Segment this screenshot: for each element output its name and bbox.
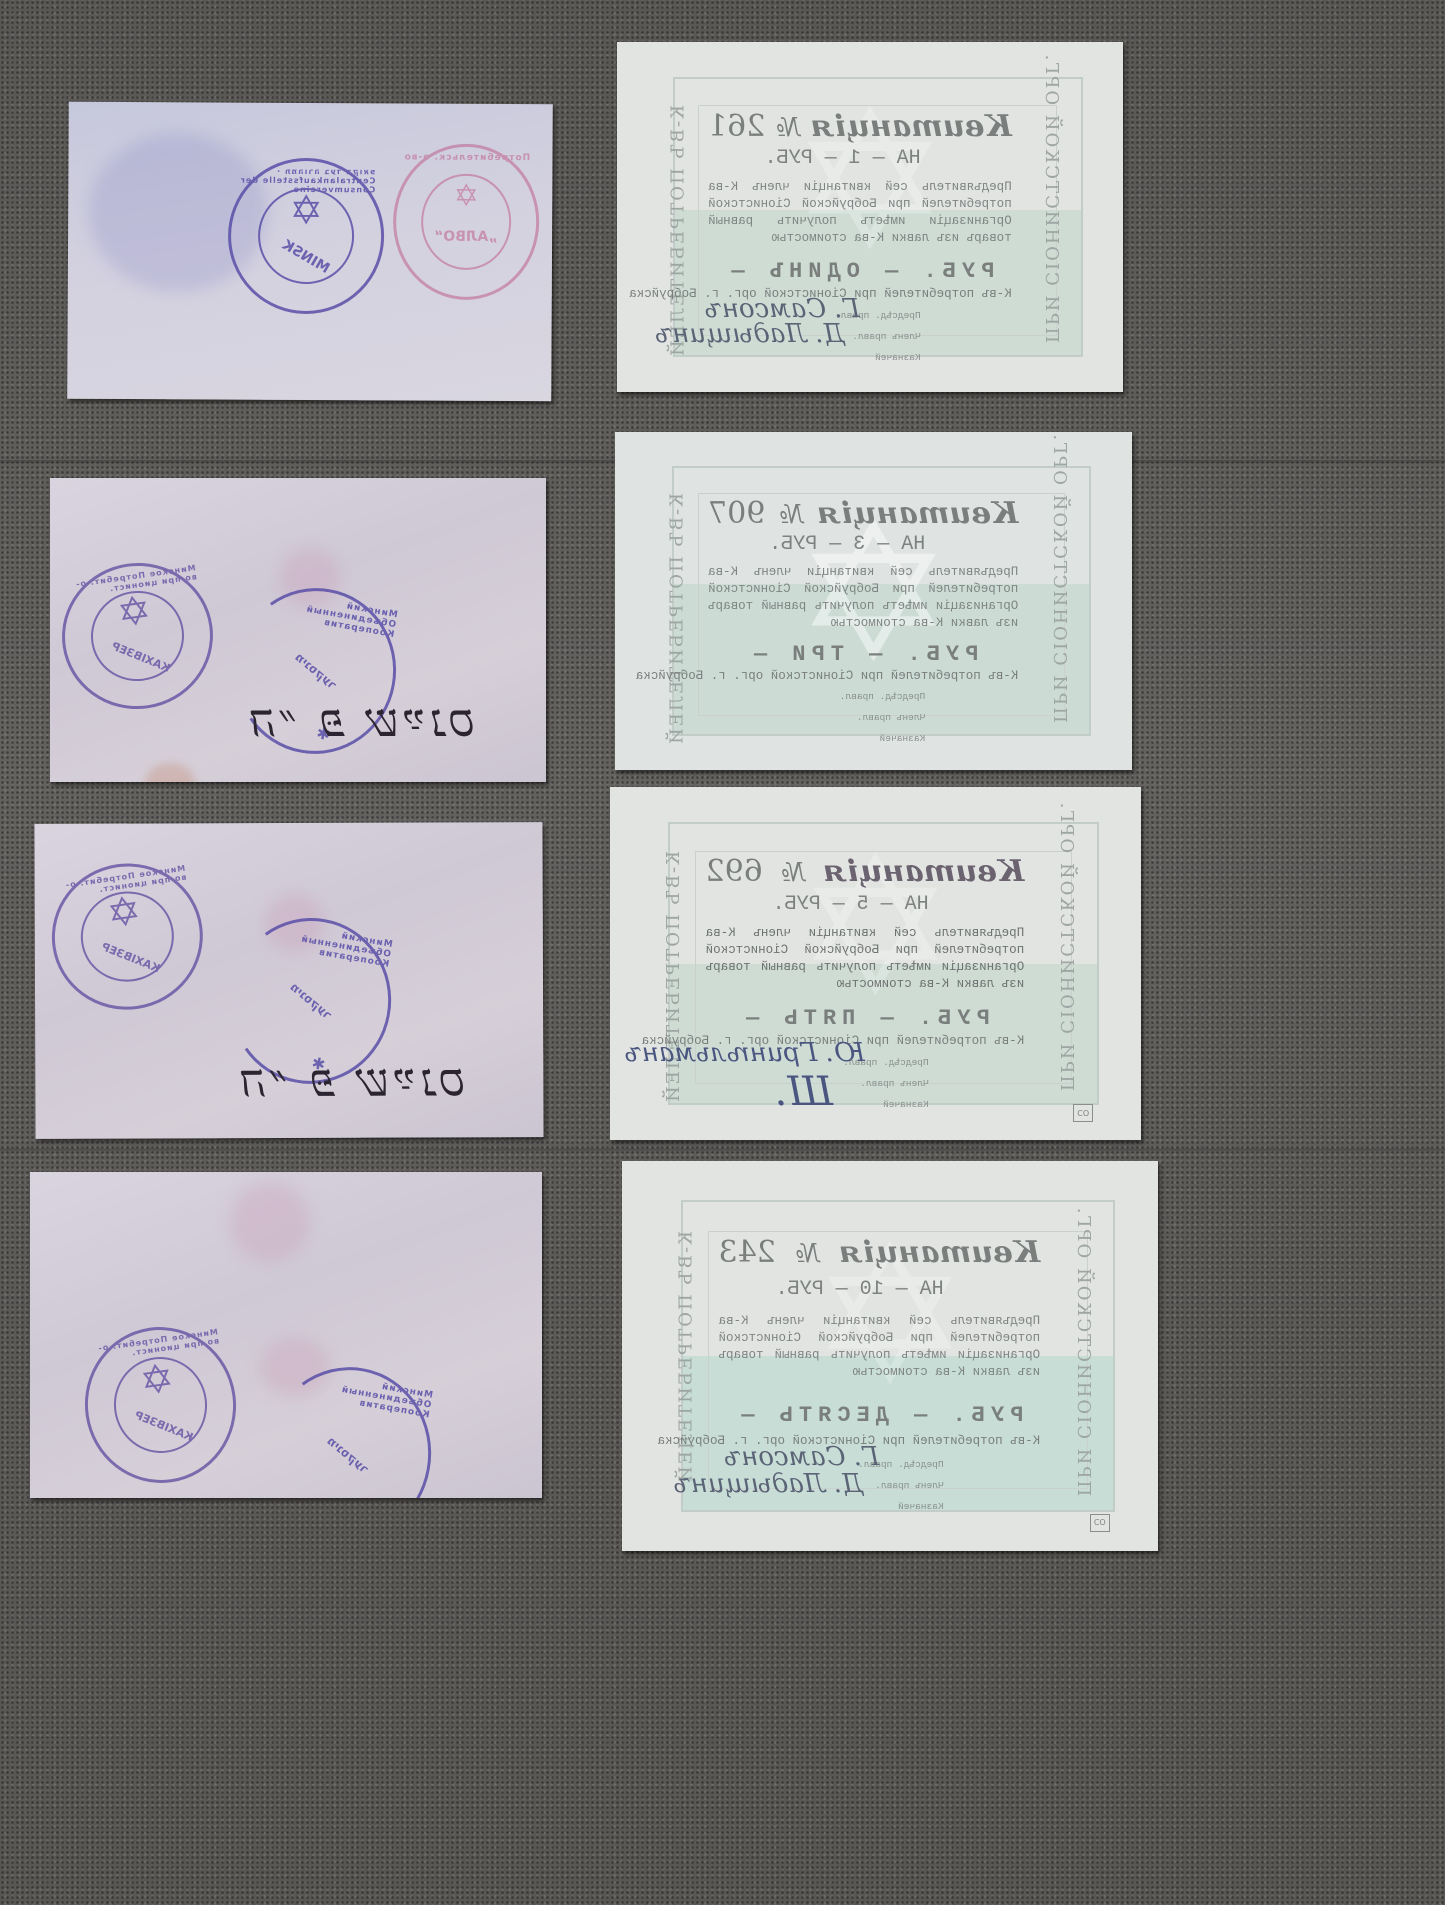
- serial-number: 692: [706, 854, 763, 889]
- signature: Ю. Гринѣльманъ: [624, 1038, 864, 1068]
- star-of-david-icon: ✡: [289, 190, 323, 230]
- receipt-5-rub: ✡ К-ВЪ ПОТРЕБИТЕЛЕЙ ПРИ СІОНИСТСКОЙ ОРГ.…: [610, 787, 1141, 1140]
- minsk-consumer-society-stamp: Минское Потребит. о-во при ционист. ✡ КА…: [42, 854, 212, 1020]
- receipt-title: Квитанція № 692: [706, 854, 1025, 889]
- amount-in-words: РУБ. — ТРИ —: [708, 642, 1018, 667]
- serial-number: 907: [708, 496, 765, 531]
- reverse-note-2: Минское Потребит. о-во при ционист. ✡ КА…: [50, 478, 546, 782]
- hebrew-signature: ה״ פּ שײַנס: [235, 1052, 465, 1107]
- reverse-note-3: Минское Потребит. о-во при ционист. ✡ КА…: [34, 822, 543, 1139]
- minsk-consumer-society-stamp: Минское Потребит. о-во при ционист. ✡ КА…: [53, 553, 223, 719]
- amount-in-words: РУБ. — ОДИНЪ —: [708, 259, 1012, 284]
- minsk-stamp: תמהורה בעד הקואפּ · Centralankaufsstelle…: [228, 158, 385, 315]
- signature: Д. Ладыщинъ: [655, 319, 845, 349]
- denomination: НА — 5 — РУБ.: [773, 893, 929, 916]
- denomination: НА — 10 — РУБ.: [776, 1278, 944, 1301]
- printer-mark: СО: [1090, 1514, 1110, 1532]
- star-of-david-icon: ✡: [115, 590, 154, 634]
- star-of-david-icon: ✡: [454, 181, 479, 211]
- amount-in-words: РУБ. — ДЕСЯТЬ —: [718, 1403, 1040, 1428]
- serial-number: 261: [708, 109, 765, 144]
- fabric-fold: [0, 1148, 1445, 1151]
- denomination: НА — 1 — РУБ.: [765, 147, 921, 170]
- receipt-title: Квитанція № 243: [718, 1235, 1040, 1270]
- receipt-3-rub: ✡ К-ВЪ ПОТРЕБИТЕЛЕЙ ПРИ СІОНИСТСКОЙ ОРГ.…: [615, 432, 1132, 770]
- minsk-consumer-society-stamp: Минское Потребит. о-во при ционист. ✡ КА…: [75, 1317, 246, 1492]
- reverse-note-4: Минское Потребит. о-во при ционист. ✡ КА…: [30, 1172, 542, 1498]
- hebrew-signature: ה״ פּ שײַנס: [245, 693, 475, 747]
- signature: Ш.: [775, 1069, 833, 1115]
- receipt-1-rub: ✡ К-ВЪ ПОТРЕБИТЕЛЕЙ ПРИ СІОНИСТСКОЙ ОРГ.…: [617, 42, 1123, 392]
- cooperative-red-stamp: Потребительск. о-во ✡ „АЛВО“: [393, 143, 540, 300]
- star-of-david-icon: ✡: [105, 891, 144, 935]
- denomination: НА — 3 — РУБ.: [769, 533, 925, 556]
- receipt-10-rub: ✡ К-ВЪ ПОТРЕБИТЕЛЕЙ ПРИ СІОНИСТСКОЙ ОРГ.…: [622, 1161, 1158, 1551]
- printer-mark: СО: [1073, 1104, 1093, 1122]
- receipt-title: Квитанція № 261: [708, 109, 1012, 144]
- star-of-david-icon: ✡: [138, 1358, 177, 1402]
- signature: Д. Ладыщинъ: [673, 1469, 863, 1499]
- receipt-title: Квитанція № 907: [708, 496, 1018, 531]
- serial-number: 243: [718, 1235, 775, 1270]
- signature: Г. Самсонъ: [724, 1442, 879, 1472]
- amount-in-words: РУБ. — ПЯТЬ —: [706, 1006, 1025, 1031]
- reverse-note-1: תמהורה בעד הקואפּ · Centralankaufsstelle…: [67, 102, 553, 402]
